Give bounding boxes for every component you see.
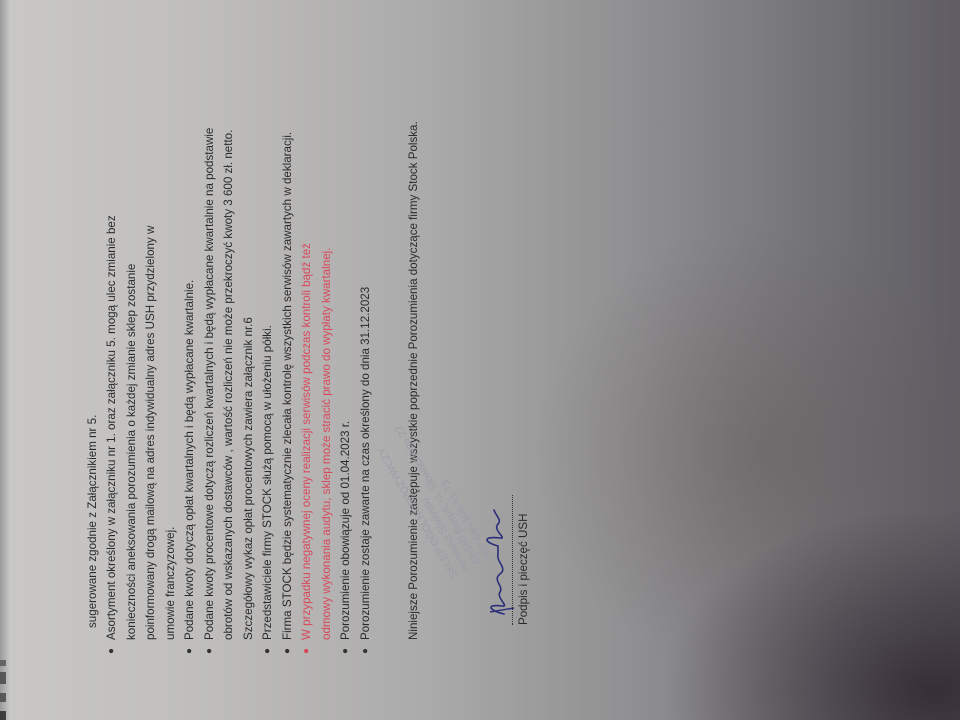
list-item-warning: ● W przypadku negatywnej oceny realizacj… xyxy=(297,0,336,640)
signature-line xyxy=(512,495,513,625)
bullet-icon: ● xyxy=(356,648,376,654)
signature-label: Podpis i pieczęć USH xyxy=(514,514,534,625)
list-item: ● Firma STOCK będzie systematycznie zlec… xyxy=(278,0,298,640)
bullet-icon: ● xyxy=(278,648,298,654)
list-item: ● Asortyment określony w załączniku nr 1… xyxy=(102,0,180,640)
document-page: sugerowane zgodnie z Załącznikiem nr 5. … xyxy=(0,0,960,720)
bullet-icon: ● xyxy=(200,648,220,654)
intro-line: sugerowane zgodnie z Załącznikiem nr 5. xyxy=(83,28,103,628)
terms-list: ● Asortyment określony w załączniku nr 1… xyxy=(102,0,375,640)
bullet-icon: ● xyxy=(336,648,356,654)
bullet-icon: ● xyxy=(297,648,317,654)
bullet-icon: ● xyxy=(102,648,122,654)
closing-statement: Niniejsze Porozumienie zastępuje wszystk… xyxy=(404,20,424,640)
list-item: ● Przedstawiciele firmy STOCK służą pomo… xyxy=(258,0,278,640)
list-item: ● Porozumienie zostaje zawarte na czas o… xyxy=(356,0,376,640)
list-item: ● Podane kwoty dotyczą opłat kwartalnych… xyxy=(180,0,200,640)
list-item: ● Podane kwoty procentowe dotyczą rozlic… xyxy=(200,0,259,640)
bullet-icon: ● xyxy=(180,648,200,654)
list-item: ● Porozumienie obowiązuje od 01.04.2023 … xyxy=(336,0,356,640)
bullet-icon: ● xyxy=(258,648,278,654)
